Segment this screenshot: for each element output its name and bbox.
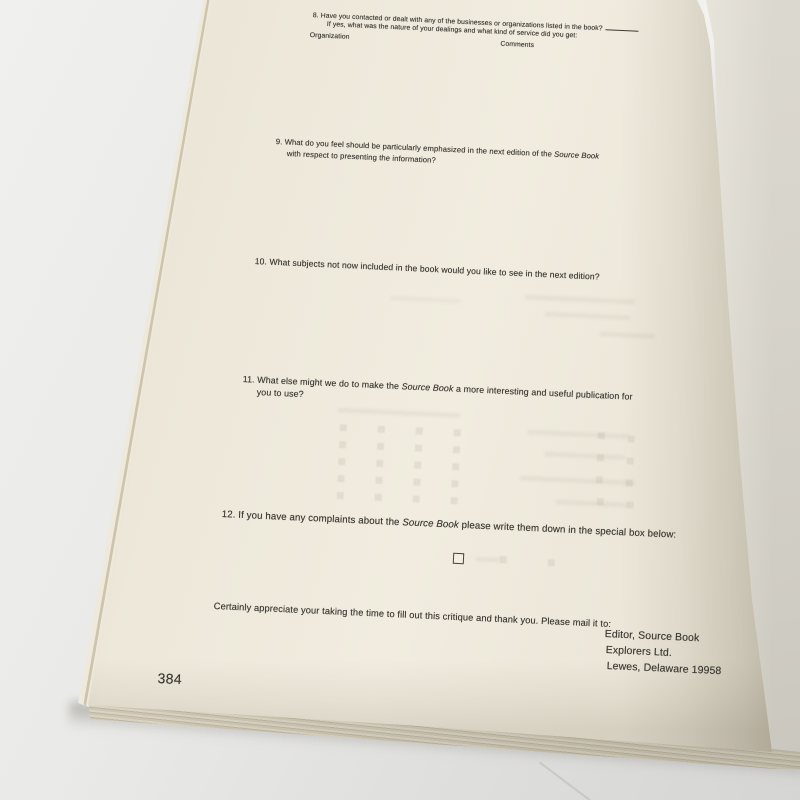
answer-blank-line <box>606 24 639 32</box>
column-comments: Comments <box>500 41 534 50</box>
page-number: 384 <box>157 670 182 687</box>
column-organization: Organization <box>310 32 350 41</box>
book-photo-scene: 8. Have you contacted or dealt with any … <box>0 0 800 800</box>
source-book-italic: Source Book <box>402 517 459 531</box>
source-book-italic: Source Book <box>554 150 599 161</box>
source-book-italic: Source Book <box>401 381 453 393</box>
complaints-checkbox <box>453 553 464 564</box>
question-11-line-2: you to use? <box>257 387 304 399</box>
